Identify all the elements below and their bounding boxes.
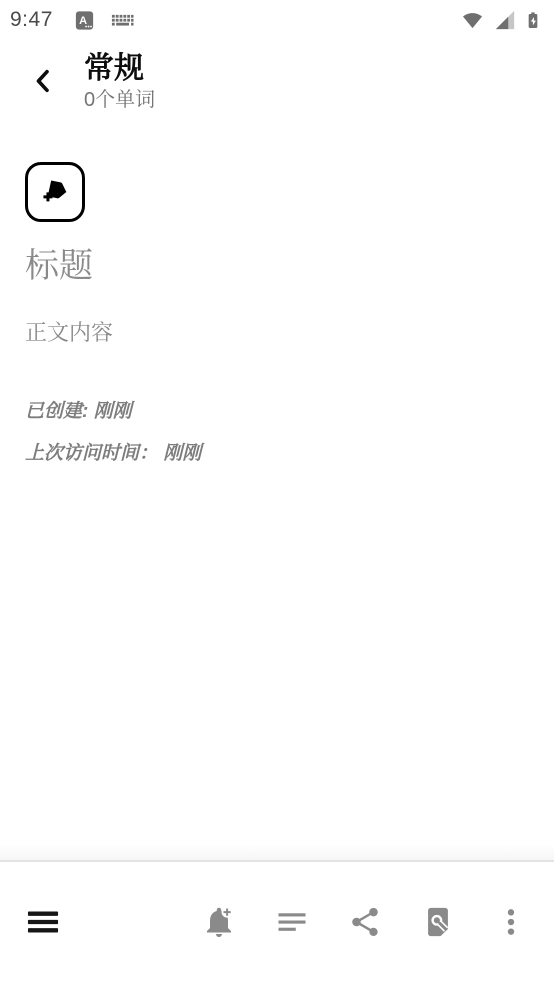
document-search-icon <box>421 905 455 942</box>
word-count: 0个单词 <box>84 88 155 112</box>
new-label-icon <box>37 172 73 213</box>
note-title-field[interactable]: 标题 <box>25 246 529 286</box>
header: 常规 0个单词 <box>0 40 554 112</box>
share-icon <box>348 905 382 942</box>
cell-signal-icon <box>494 9 516 31</box>
page-title: 常规 <box>84 52 155 86</box>
edit-notes-button[interactable] <box>268 899 316 947</box>
status-left-icons: A <box>73 9 136 32</box>
more-vert-icon <box>494 905 528 942</box>
bottom-toolbar <box>0 862 554 984</box>
status-bar: 9:47 A <box>0 0 554 40</box>
toolbar-actions <box>195 899 535 947</box>
overflow-menu-button[interactable] <box>487 899 535 947</box>
last-visited-timestamp: 上次访问时间： 刚刚 <box>25 442 529 465</box>
notes-icon <box>274 904 310 943</box>
menu-button[interactable] <box>19 899 67 947</box>
battery-charging-icon <box>525 8 541 32</box>
chevron-left-icon <box>27 65 59 100</box>
note-content: 标题 正文内容 已创建: 刚刚 上次访问时间： 刚刚 <box>0 112 554 860</box>
add-reminder-button[interactable] <box>195 899 243 947</box>
search-in-document-button[interactable] <box>414 899 462 947</box>
new-label-button[interactable] <box>25 162 85 222</box>
keyboard-icon <box>109 9 136 32</box>
note-body-field[interactable]: 正文内容 <box>25 320 529 346</box>
menu-icon <box>24 903 62 944</box>
app-screen: 9:47 A <box>0 0 554 984</box>
status-time: 9:47 <box>10 8 53 32</box>
notification-add-icon <box>201 904 237 943</box>
share-button[interactable] <box>341 899 389 947</box>
status-right-icons <box>460 8 541 32</box>
ime-a-icon: A <box>73 9 96 32</box>
svg-text:A: A <box>79 14 87 26</box>
toolbar-divider <box>0 860 554 862</box>
back-button[interactable] <box>20 59 66 105</box>
created-timestamp: 已创建: 刚刚 <box>25 400 529 423</box>
title-block: 常规 0个单词 <box>84 52 155 112</box>
wifi-icon <box>460 9 485 31</box>
